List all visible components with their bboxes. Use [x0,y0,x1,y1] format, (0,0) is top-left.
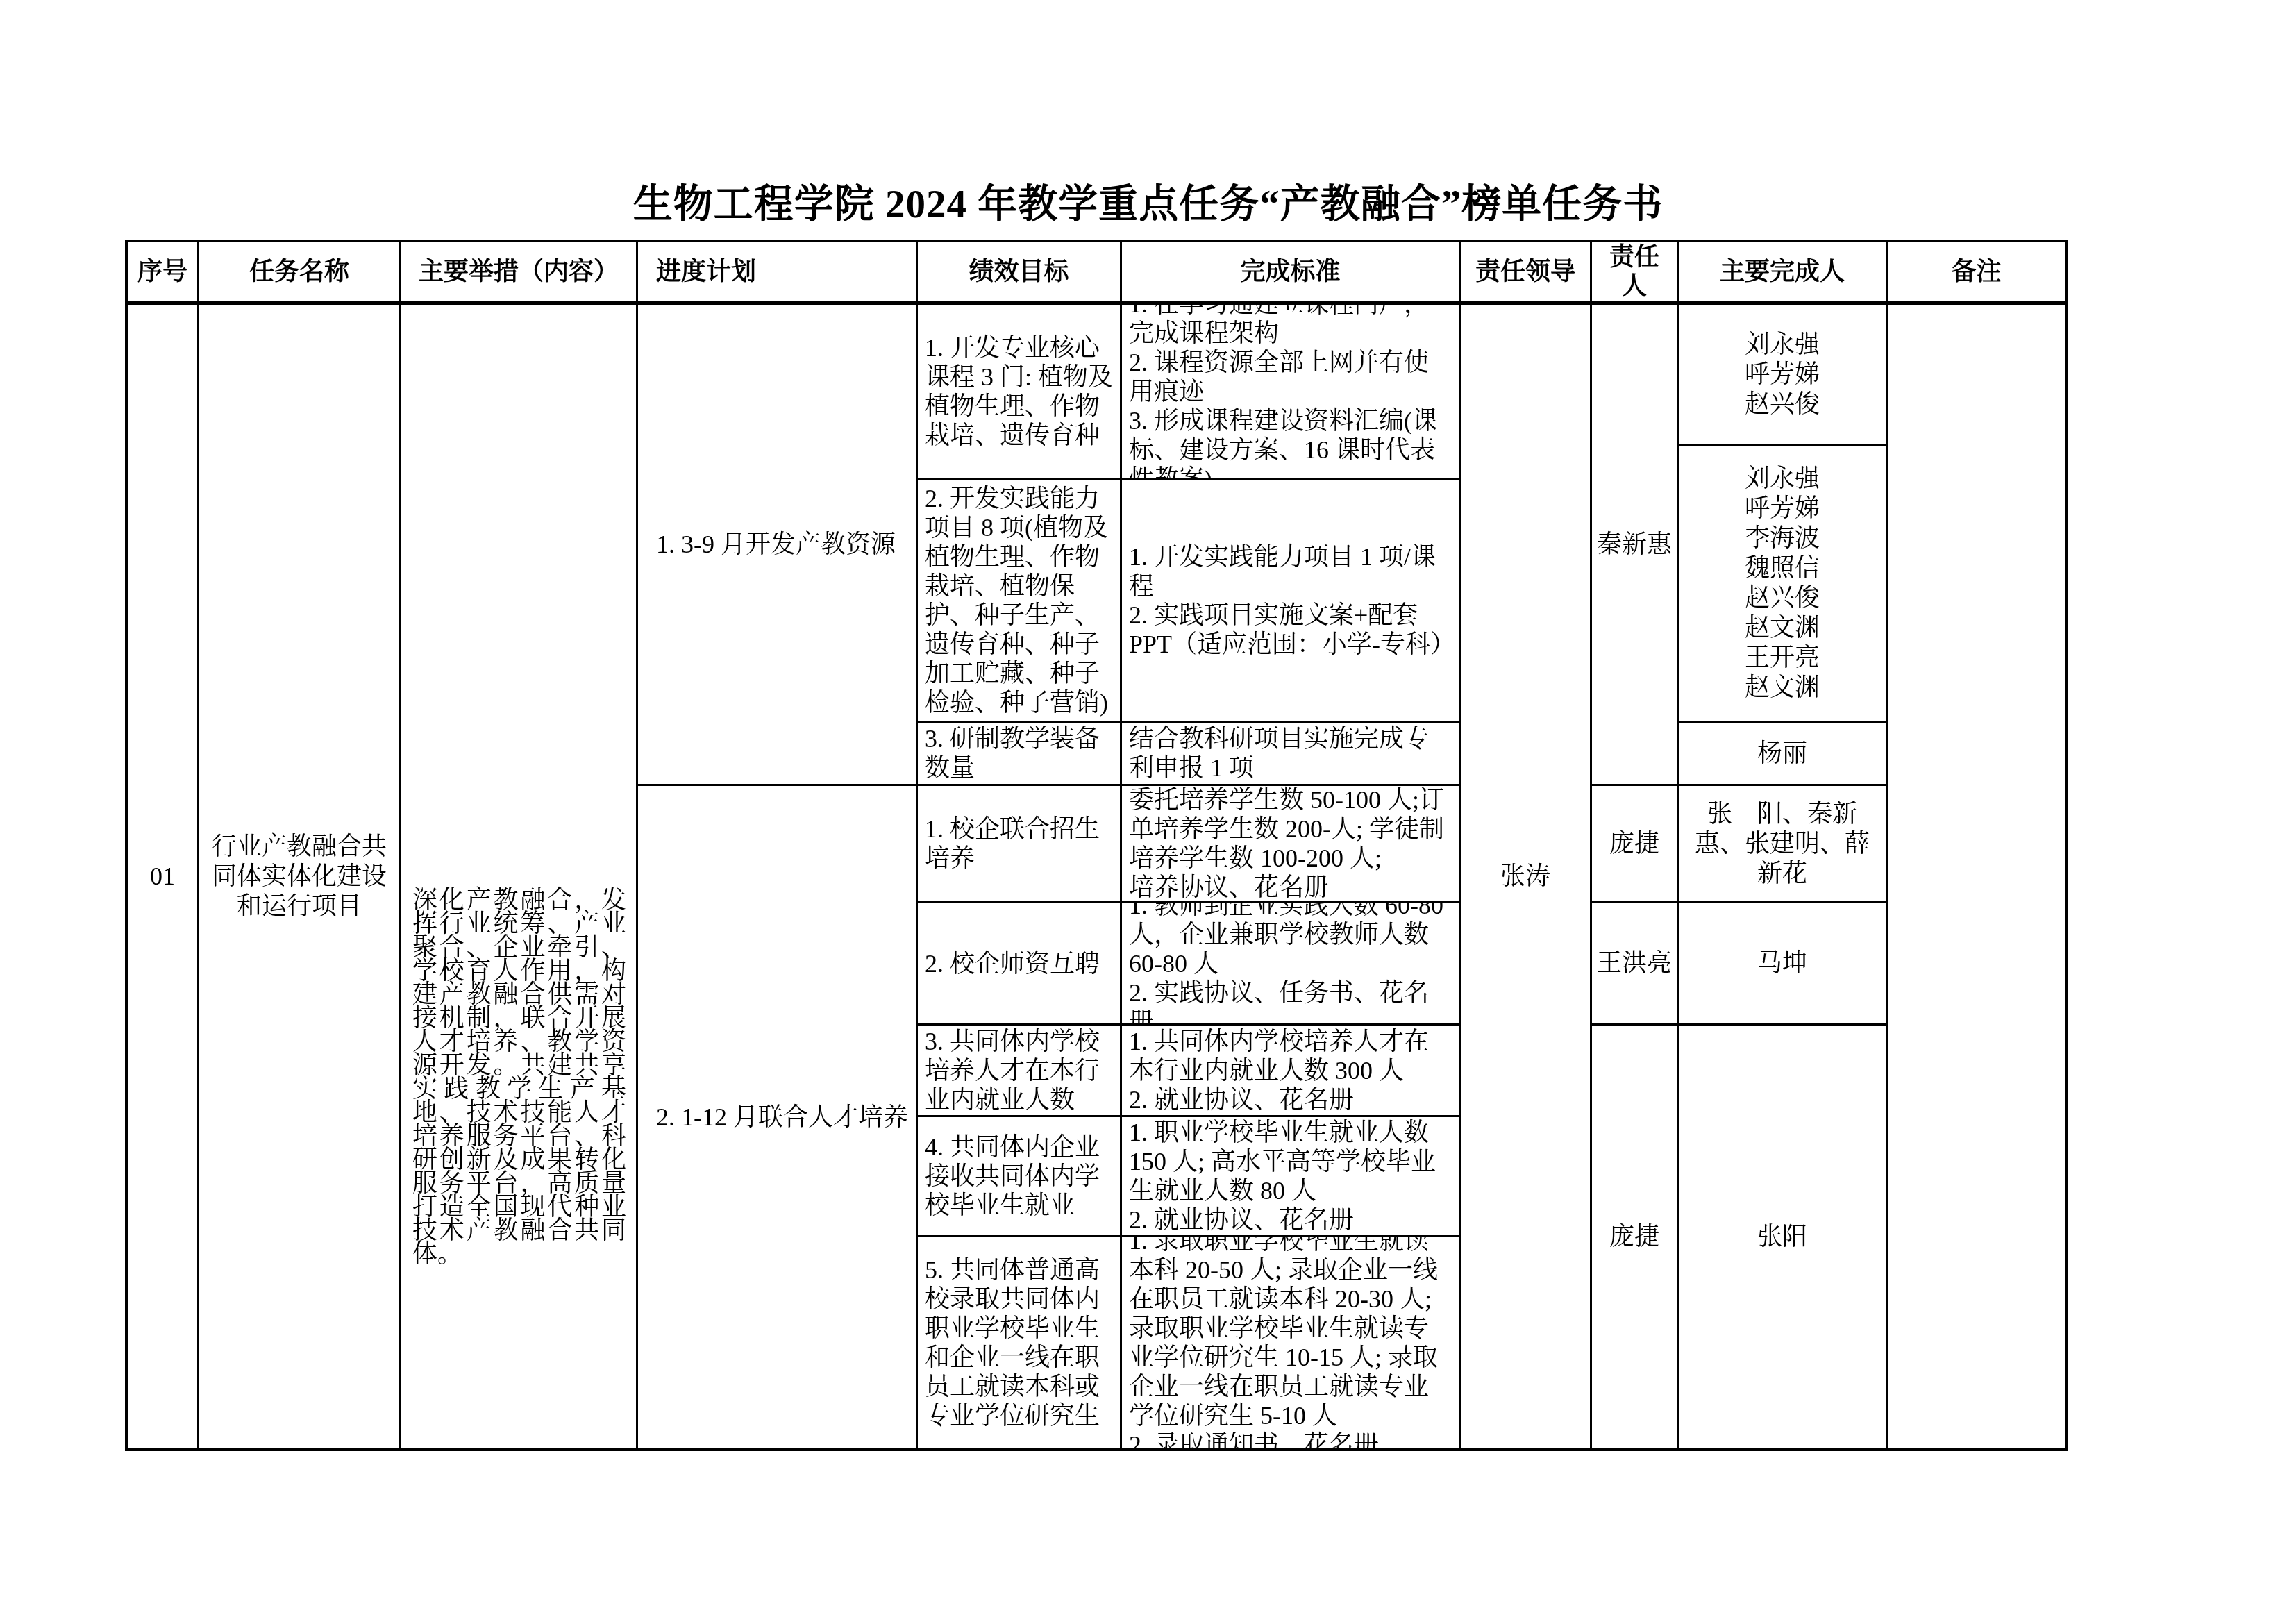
cell-goal-6: 3. 共同体内学校培养人才在本行业内就业人数 [918,1026,1122,1117]
cell-standard-8: 1. 录取职业学校毕业生就读本科 20-50 人; 录取企业一线在职员工就读本科… [1122,1237,1461,1448]
cell-responsible-4: 庞捷 [1592,1026,1679,1448]
header-leader: 责任领导 [1461,242,1592,305]
cell-completers-1: 刘永强 呼芳娣 赵兴俊 [1679,305,1888,446]
cell-completers-6: 张阳 [1679,1026,1888,1448]
cell-goal-3: 3. 研制教学装备数量 [918,723,1122,786]
cell-completers-5: 马坤 [1679,903,1888,1026]
cell-standard-7: 1. 职业学校毕业生就业人数 150 人; 高水平高等学校毕业生就业人数 80 … [1122,1117,1461,1237]
cell-completers-4: 张 阳、秦新惠、张建明、薛新花 [1679,786,1888,903]
header-serial: 序号 [128,242,199,305]
cell-standard-2: 1. 开发实践能力项目 1 项/课程 2. 实践项目实施文案+配套 PPT（适应… [1122,480,1461,723]
cell-responsible-1: 秦新惠 [1592,305,1679,786]
document-title: 生物工程学院 2024 年教学重点任务“产教融合”榜单任务书 [0,172,2296,229]
cell-standard-3: 结合教科研项目实施完成专利申报 1 项 [1122,723,1461,786]
cell-goal-7: 4. 共同体内企业接收共同体内学校毕业生就业 [918,1117,1122,1237]
cell-completers-3: 杨丽 [1679,723,1888,786]
cell-goal-1: 1. 开发专业核心课程 3 门: 植物及植物生理、作物栽培、遗传育种 [918,305,1122,480]
cell-responsible-3: 王洪亮 [1592,903,1679,1026]
header-completers: 主要完成人 [1679,242,1888,305]
cell-goal-2: 2. 开发实践能力项目 8 项(植物及植物生理、作物栽培、植物保护、种子生产、遗… [918,480,1122,723]
cell-goal-5: 2. 校企师资互聘 [918,903,1122,1026]
cell-remark [1888,305,2065,1448]
cell-measures: 深化产教融合，发挥行业统筹、产业聚合、企业牵引、学校育人作用，构建产教融合供需对… [401,305,638,1448]
cell-standard-5: 1. 教师到企业实践人数 60-80 人，企业兼职学校教师人数 60-80 人 … [1122,903,1461,1026]
header-goals: 绩效目标 [918,242,1122,305]
cell-standard-4: 委托培养学生数 50-100 人;订单培养学生数 200-人; 学徒制培养学生数… [1122,786,1461,903]
header-task-name: 任务名称 [199,242,401,305]
header-standards: 完成标准 [1122,242,1461,305]
header-measures: 主要举措（内容） [401,242,638,305]
cell-schedule-1: 1. 3-9 月开发产教资源 [638,305,918,786]
cell-responsible-2: 庞捷 [1592,786,1679,903]
cell-serial: 01 [128,305,199,1448]
header-schedule: 进度计划 [638,242,918,305]
cell-standard-1: 1. 在学习通建立课程门户，完成课程架构 2. 课程资源全部上网并有使用痕迹 3… [1122,305,1461,480]
header-responsible: 责任人 [1592,242,1679,305]
cell-standard-6: 1. 共同体内学校培养人才在本行业内就业人数 300 人 2. 就业协议、花名册 [1122,1026,1461,1117]
cell-task-name: 行业产教融合共同体实体化建设和运行项目 [199,305,401,1448]
cell-completers-2: 刘永强 呼芳娣 李海波 魏照信 赵兴俊 赵文渊 王开亮 赵文渊 [1679,446,1888,723]
task-table: 序号 任务名称 主要举措（内容） 进度计划 绩效目标 完成标准 责任领导 责任人… [125,240,2068,1451]
document-page: 生物工程学院 2024 年教学重点任务“产教融合”榜单任务书 序号 任务名称 主… [0,0,2296,1624]
cell-schedule-2: 2. 1-12 月联合人才培养 [638,786,918,1448]
cell-leader: 张涛 [1461,305,1592,1448]
cell-goal-4: 1. 校企联合招生培养 [918,786,1122,903]
header-remark: 备注 [1888,242,2065,305]
cell-goal-8: 5. 共同体普通高校录取共同体内职业学校毕业生和企业一线在职员工就读本科或专业学… [918,1237,1122,1448]
